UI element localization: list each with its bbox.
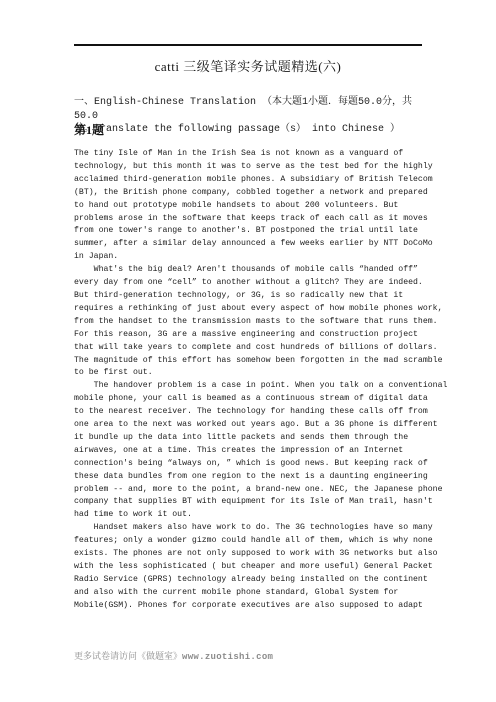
section-heading: 一、English-Chinese Translation （本大题1小题．每题… xyxy=(74,96,434,137)
footer-watermark: 更多试卷请访问《做题室》www.zuotishi.com xyxy=(74,649,273,662)
document-title: catti 三级笔译实务试题精选(六) xyxy=(74,56,422,75)
footer-note-text: 更多试卷请访问《做题室》 xyxy=(74,652,182,662)
document-page: { "doc": { "title": "catti 三级笔译实务试题精选(六)… xyxy=(0,0,496,702)
passage-text: The tiny Isle of Man in the Irish Sea is… xyxy=(74,148,456,613)
footer-site-url: www.zuotishi.com xyxy=(182,652,273,662)
question-number-label: 第1题 xyxy=(74,121,104,138)
page-content: catti 三级笔译实务试题精选(六) 一、English-Chinese Tr… xyxy=(74,0,426,702)
header-divider xyxy=(74,44,422,46)
